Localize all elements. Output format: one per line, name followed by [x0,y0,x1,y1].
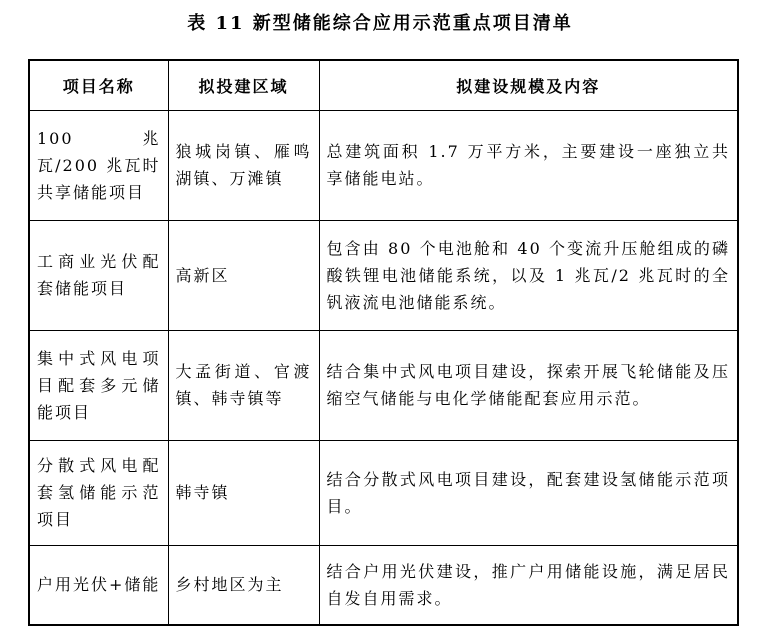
cell-project-name: 100 兆瓦/200 兆瓦时共享储能项目 [29,110,168,220]
table-row: 分散式风电配套氢储能示范项目 韩寺镇 结合分散式风电项目建设，配套建设氢储能示范… [29,440,738,545]
cell-content: 结合户用光伏建设，推广户用储能设施，满足居民自发自用需求。 [319,545,738,625]
table-row: 工商业光伏配套储能项目 高新区 包含由 80 个电池舱和 40 个变流升压舱组成… [29,220,738,330]
cell-area: 乡村地区为主 [168,545,319,625]
cell-area: 大孟街道、官渡镇、韩寺镇等 [168,330,319,440]
table-row: 100 兆瓦/200 兆瓦时共享储能项目 狼城岗镇、雁鸣湖镇、万滩镇 总建筑面积… [29,110,738,220]
cell-area: 韩寺镇 [168,440,319,545]
page-title: 表 11 新型储能综合应用示范重点项目清单 [0,0,760,35]
cell-content: 结合分散式风电项目建设，配套建设氢储能示范项目。 [319,440,738,545]
table-row: 集中式风电项目配套多元储能项目 大孟街道、官渡镇、韩寺镇等 结合集中式风电项目建… [29,330,738,440]
cell-project-name: 户用光伏+储能 [29,545,168,625]
column-header-content: 拟建设规模及内容 [319,60,738,110]
cell-content: 结合集中式风电项目建设，探索开展飞轮储能及压缩空气储能与电化学储能配套应用示范。 [319,330,738,440]
header-row: 项目名称 拟投建区域 拟建设规模及内容 [29,60,738,110]
column-header-area: 拟投建区域 [168,60,319,110]
column-header-project-name: 项目名称 [29,60,168,110]
cell-area: 高新区 [168,220,319,330]
cell-project-name: 集中式风电项目配套多元储能项目 [29,330,168,440]
cell-project-name: 分散式风电配套氢储能示范项目 [29,440,168,545]
cell-area: 狼城岗镇、雁鸣湖镇、万滩镇 [168,110,319,220]
cell-content: 包含由 80 个电池舱和 40 个变流升压舱组成的磷酸铁锂电池储能系统，以及 1… [319,220,738,330]
table-row: 户用光伏+储能 乡村地区为主 结合户用光伏建设，推广户用储能设施，满足居民自发自… [29,545,738,625]
document-page: 表 11 新型储能综合应用示范重点项目清单 项目名称 拟投建区域 拟建设规模及内… [0,0,760,626]
projects-table: 项目名称 拟投建区域 拟建设规模及内容 100 兆瓦/200 兆瓦时共享储能项目… [28,59,739,626]
cell-project-name: 工商业光伏配套储能项目 [29,220,168,330]
cell-content: 总建筑面积 1.7 万平方米，主要建设一座独立共享储能电站。 [319,110,738,220]
